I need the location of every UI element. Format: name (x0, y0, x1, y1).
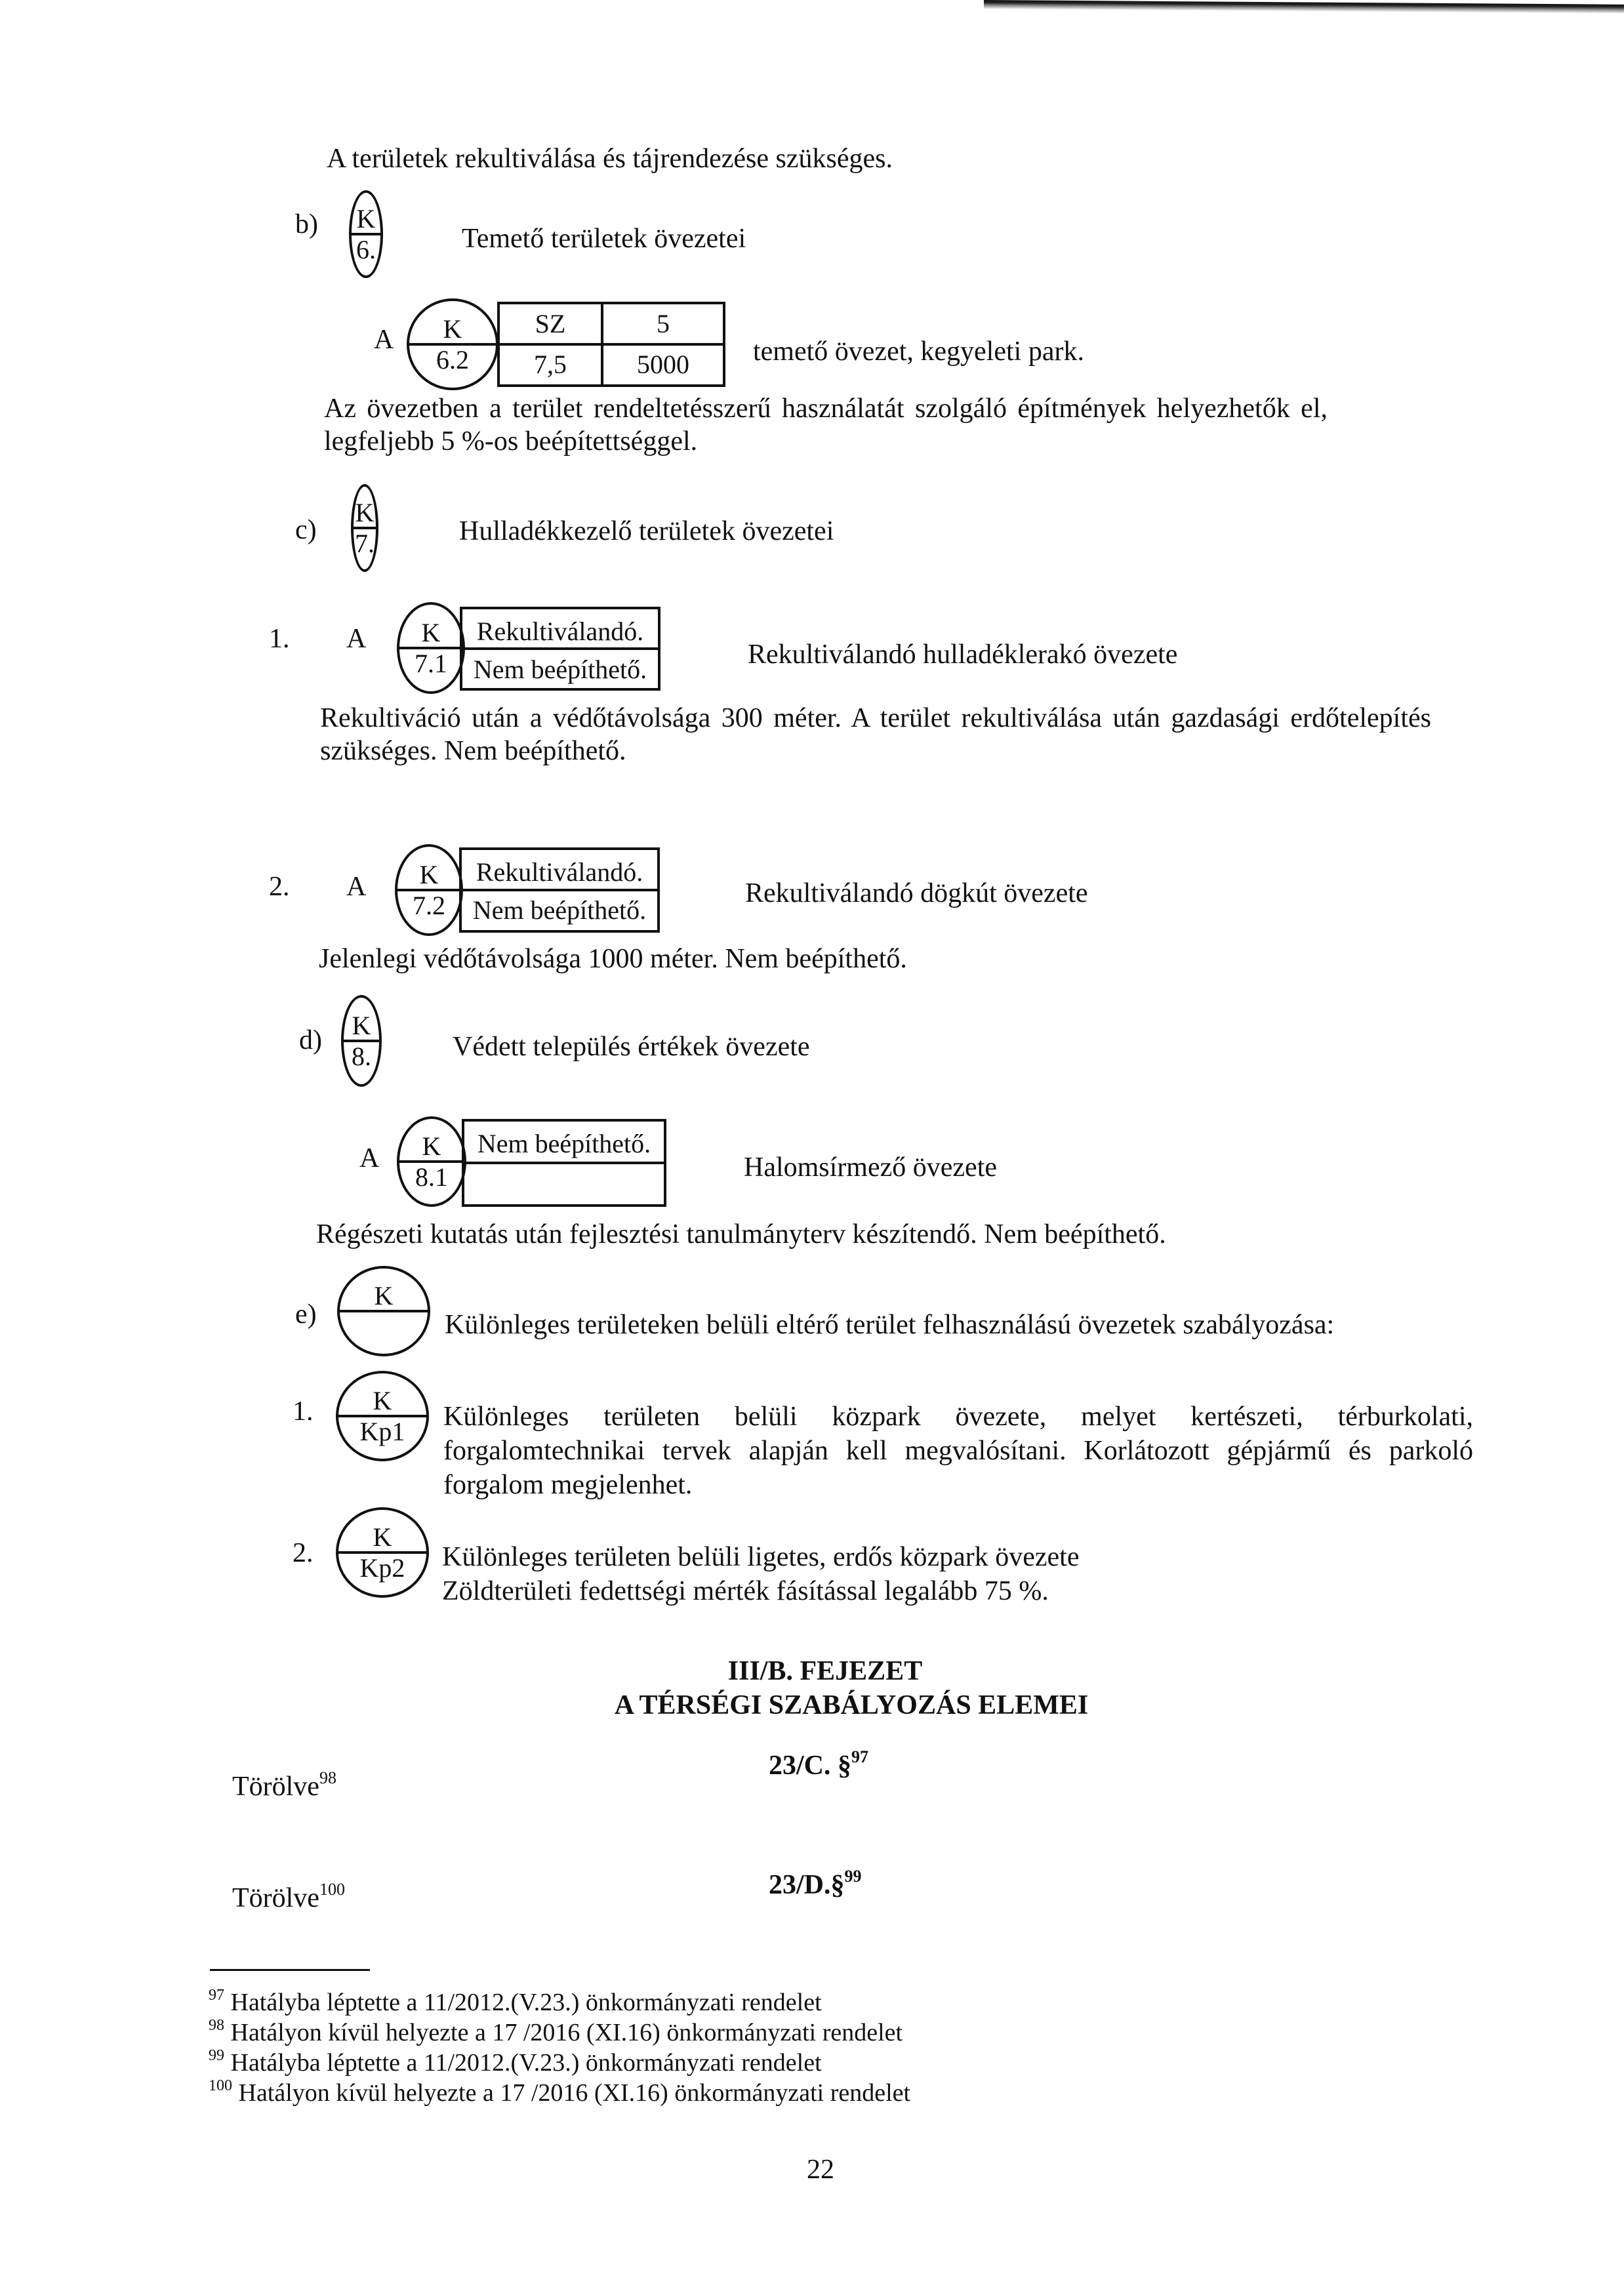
zone-description: Rekultiválandó dögkút övezete (745, 878, 1088, 909)
footnote-number: 100 (209, 2077, 232, 2094)
footnote-ref[interactable]: 99 (845, 1867, 862, 1886)
deleted-text: Törölve100 (232, 1882, 345, 1914)
symbol-bottom: 8. (344, 1044, 379, 1070)
zone-symbol-kp2: K Kp2 (336, 1507, 429, 1598)
item-number: 2. (269, 871, 290, 903)
symbol-top: K (399, 620, 462, 646)
intro-line: A területek rekultiválása és tájrendezés… (327, 143, 893, 174)
zone-parameter-table: SZ 5 7,5 5000 (497, 302, 725, 387)
footnote-text: Hatályba léptette a 11/2012.(V.23.) önko… (231, 2049, 822, 2077)
zone-prefix: A (346, 623, 366, 655)
item-number: 2. (293, 1537, 314, 1569)
section-d-title: Védett település értékek övezete (453, 1031, 810, 1063)
symbol-top: K (340, 1283, 428, 1309)
chapter-heading: III/B. FEJEZET (0, 1655, 1624, 1687)
section-number: 23/C. § (769, 1751, 851, 1781)
zone-body: Rekultiváció után a védőtávolsága 300 mé… (320, 702, 1431, 767)
zone-symbol-k71: K 7.1 (397, 602, 465, 694)
section-b-marker: b) (295, 209, 318, 240)
symbol-divider (338, 1310, 429, 1312)
box-divider (464, 1162, 664, 1164)
footnote-text: Hatályon kívül helyezte a 17 /2016 (XI.1… (231, 2019, 903, 2046)
footnote-ref[interactable]: 100 (319, 1880, 345, 1899)
zone-status-box: Nem beépíthető. (462, 1119, 666, 1207)
zone-symbol-k: K (337, 1266, 430, 1356)
zone-symbol-k62: K 6.2 (407, 298, 498, 390)
box-line: Nem beépíthető. (462, 657, 658, 683)
zone-status-box: Rekultiválandó. Nem beépíthető. (460, 607, 660, 691)
section-23d-heading: 23/D.§99 (769, 1869, 862, 1901)
symbol-bottom: 7.2 (397, 893, 460, 919)
footnote-number: 97 (209, 1987, 224, 2004)
footnote-ref[interactable]: 98 (319, 1768, 336, 1787)
footnote-item: 99 Hatályba léptette a 11/2012.(V.23.) ö… (209, 2048, 910, 2078)
zone-kp2-line1: Különleges területen belüli ligetes, erd… (442, 1541, 1079, 1573)
deleted-label: Törölve (232, 1772, 319, 1802)
deleted-label: Törölve (232, 1883, 319, 1913)
chapter-subheading: A TÉRSÉGI SZABÁLYOZÁS ELEMEI (0, 1690, 1624, 1721)
box-line: Nem beépíthető. (464, 1131, 664, 1157)
footnote-text: Hatályon kívül helyezte a 17 /2016 (XI.1… (239, 2079, 911, 2107)
zone-symbol-kp1: K Kp1 (336, 1371, 429, 1461)
zone-description: Halomsírmező övezete (744, 1152, 997, 1183)
zone-body: Jelenlegi védőtávolsága 1000 méter. Nem … (319, 943, 907, 975)
box-divider (462, 647, 658, 650)
item-number: 1. (293, 1396, 314, 1427)
section-23c-heading: 23/C. §97 (769, 1750, 868, 1781)
footnotes: 97 Hatályba léptette a 11/2012.(V.23.) ö… (209, 1987, 910, 2108)
symbol-bottom: 6. (352, 237, 380, 263)
footnote-item: 97 Hatályba léptette a 11/2012.(V.23.) ö… (209, 1987, 910, 2018)
section-b-title: Temető területek övezetei (462, 223, 746, 254)
symbol-top: K (352, 206, 380, 232)
scan-edge-shadow (984, 0, 1624, 14)
symbol-top: K (399, 1133, 464, 1160)
footnote-number: 98 (209, 2017, 224, 2034)
zone-status-box: Rekultiválandó. Nem beépíthető. (459, 847, 660, 933)
zone-prefix: A (374, 324, 394, 355)
page-number: 22 (807, 2154, 834, 2185)
footnote-number: 99 (209, 2047, 224, 2064)
table-cell: 7,5 (500, 352, 601, 378)
zone-prefix: A (346, 871, 366, 903)
symbol-bottom: 7. (354, 531, 376, 557)
zone-symbol-k6: K 6. (349, 190, 383, 278)
section-c-marker: c) (295, 514, 317, 546)
item-number: 1. (269, 623, 290, 655)
zone-kp1-body: Különleges területen belüli közpark övez… (443, 1400, 1473, 1502)
table-cell: SZ (500, 311, 601, 337)
symbol-top: K (338, 1524, 426, 1551)
zone-description: Rekultiválandó hulladéklerakó övezete (748, 639, 1177, 670)
symbol-top: K (409, 316, 496, 342)
section-e-marker: e) (295, 1299, 317, 1330)
symbol-top: K (344, 1013, 379, 1039)
box-divider (462, 889, 657, 891)
box-line: Nem beépíthető. (462, 897, 657, 923)
symbol-bottom: 6.2 (409, 347, 496, 373)
symbol-top: K (354, 500, 376, 526)
zone-prefix: A (359, 1143, 379, 1174)
section-d-body: Régészeti kutatás után fejlesztési tanul… (316, 1219, 1166, 1250)
deleted-text: Törölve98 (232, 1771, 336, 1802)
footnote-text: Hatályba léptette a 11/2012.(V.23.) önko… (231, 1989, 822, 2016)
symbol-top: K (397, 862, 460, 888)
section-b-body: Az övezetben a terület rendeltetésszerű … (324, 392, 1328, 458)
box-line: Rekultiválandó. (462, 859, 657, 885)
symbol-bottom: Kp1 (338, 1419, 426, 1445)
box-line: Rekultiválandó. (462, 619, 658, 645)
section-c-title: Hulladékkezelő területek övezetei (459, 516, 834, 547)
zone-symbol-k72: K 7.2 (395, 844, 463, 936)
section-e-title: Különleges területeken belüli eltérő ter… (445, 1309, 1334, 1341)
symbol-bottom: 7.1 (399, 651, 462, 677)
symbol-top: K (338, 1388, 426, 1414)
footnote-ref[interactable]: 97 (851, 1747, 868, 1766)
symbol-bottom: Kp2 (338, 1555, 426, 1581)
zone-symbol-k81: K 8.1 (397, 1116, 466, 1207)
zone-kp2-line2: Zöldterületi fedettségi mérték fásítássa… (442, 1575, 1049, 1607)
footnote-separator-pad (209, 1969, 369, 1971)
footnote-item: 100 Hatályon kívül helyezte a 17 /2016 (… (209, 2078, 910, 2108)
zone-symbol-k7: K 7. (351, 484, 378, 572)
symbol-bottom: 8.1 (399, 1164, 464, 1190)
section-number: 23/D.§ (769, 1870, 845, 1900)
table-divider (500, 343, 723, 346)
zone-description: temető övezet, kegyeleti park. (753, 336, 1084, 367)
section-d-marker: d) (299, 1025, 322, 1056)
table-cell: 5 (603, 311, 723, 337)
zone-symbol-k8: K 8. (341, 995, 382, 1087)
footnote-item: 98 Hatályon kívül helyezte a 17 /2016 (X… (209, 2018, 910, 2048)
table-cell: 5000 (603, 352, 723, 378)
